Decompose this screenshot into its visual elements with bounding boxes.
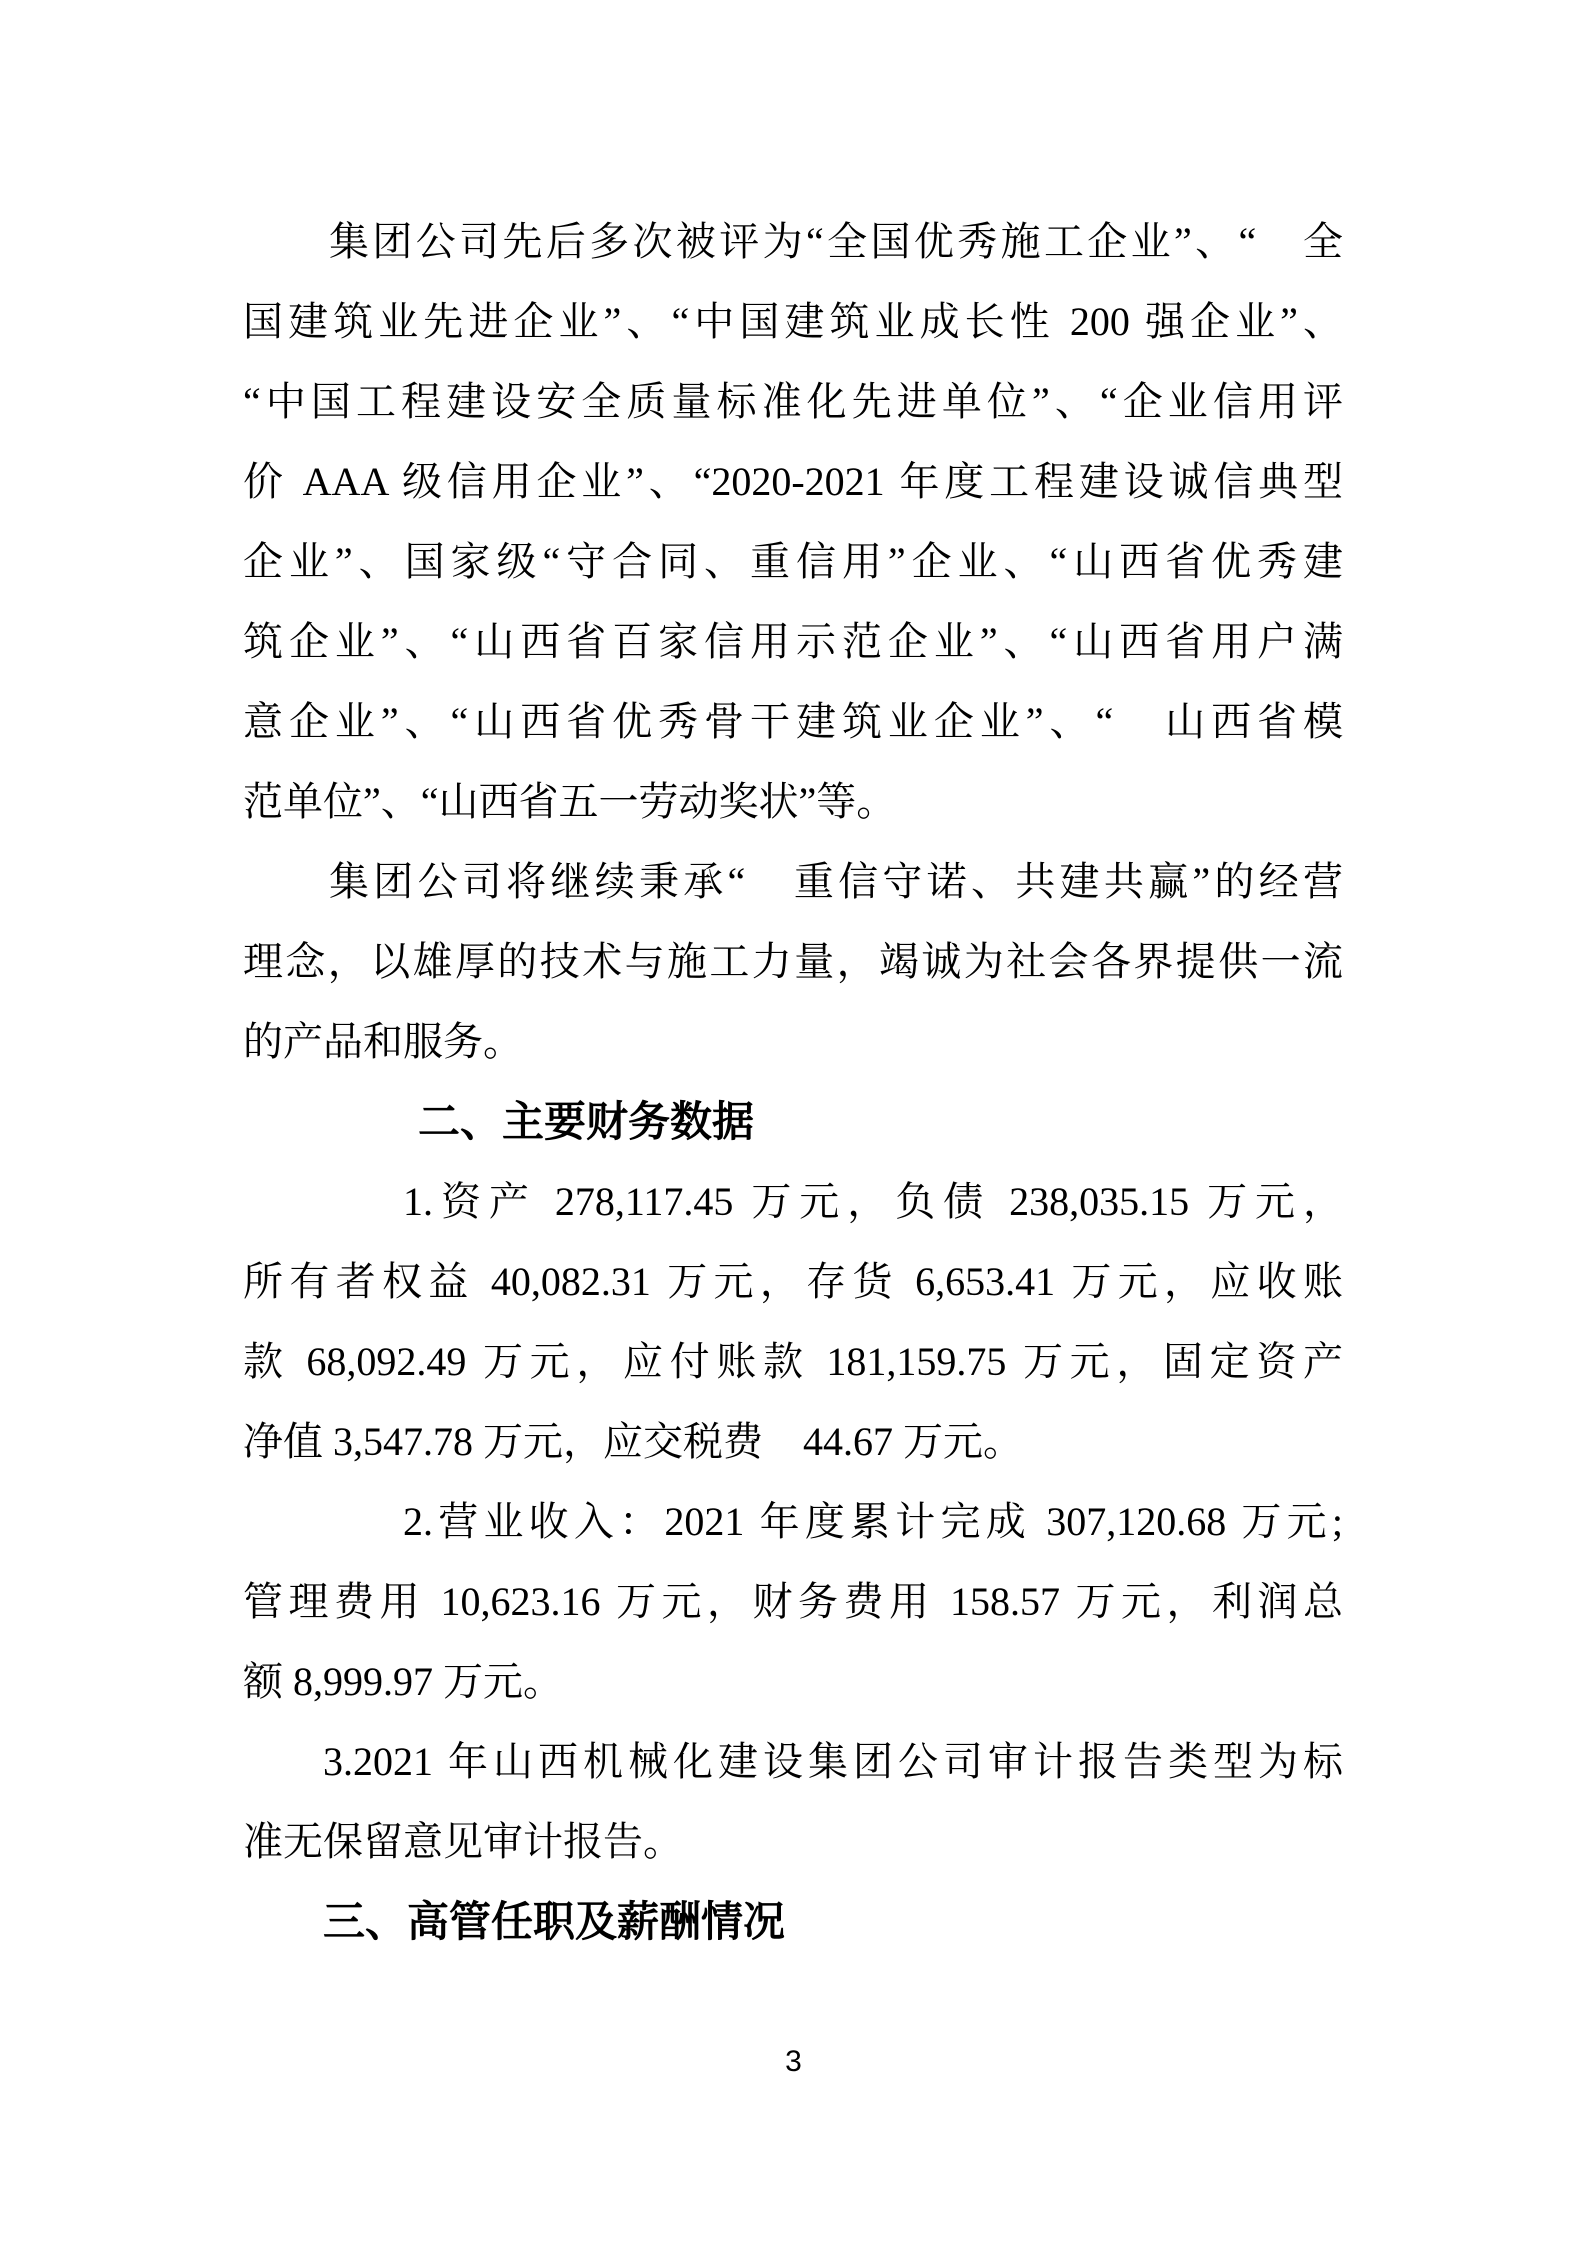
text-line: 理念，以雄厚的技术与施工力量，竭诚为社会各界提供一流 [243, 922, 1343, 1002]
text-line: 3.2021 年山西机械化建设集团公司审计报告类型为标 [243, 1722, 1343, 1802]
document-page: 集团公司先后多次被评为“全国优秀施工企业”、“ 全 国建筑业先进企业”、“中国建… [0, 0, 1587, 2245]
text-line: 集团公司将继续秉承“ 重信守诺、共建共赢”的经营 [243, 842, 1343, 922]
text-line: 1.资产 278,117.45 万元，负债 238,035.15 万元， [243, 1162, 1343, 1242]
text-line: 意企业”、“山西省优秀骨干建筑业企业”、“ 山西省模 [243, 682, 1343, 762]
text-line: 2.营业收入：2021 年度累计完成 307,120.68 万元; [243, 1482, 1343, 1562]
text-line: 筑企业”、“山西省百家信用示范企业”、“山西省用户满 [243, 602, 1343, 682]
text-line: “中国工程建设安全质量标准化先进单位”、“企业信用评 [243, 362, 1343, 442]
heading-financial-data: 二、主要财务数据 [243, 1082, 1343, 1162]
text-line: 准无保留意见审计报告。 [243, 1802, 1343, 1882]
text-line: 管理费用 10,623.16 万元，财务费用 158.57 万元，利润总 [243, 1562, 1343, 1642]
text-line: 款 68,092.49 万元，应付账款 181,159.75 万元，固定资产 [243, 1322, 1343, 1402]
text-line: 集团公司先后多次被评为“全国优秀施工企业”、“ 全 [243, 202, 1343, 282]
page-number: 3 [0, 2042, 1587, 2082]
text-line: 国建筑业先进企业”、“中国建筑业成长性 200 强企业”、 [243, 282, 1343, 362]
document-body: 集团公司先后多次被评为“全国优秀施工企业”、“ 全 国建筑业先进企业”、“中国建… [243, 202, 1343, 1962]
heading-executive-pay: 三、高管任职及薪酬情况 [243, 1882, 1343, 1962]
text-line: 额 8,999.97 万元。 [243, 1642, 1343, 1722]
text-line: 的产品和服务。 [243, 1002, 1343, 1082]
text-line: 所有者权益 40,082.31 万元，存货 6,653.41 万元，应收账 [243, 1242, 1343, 1322]
text-line: 价 AAA 级信用企业”、“2020-2021 年度工程建设诚信典型 [243, 442, 1343, 522]
text-line: 企业”、国家级“守合同、重信用”企业、“山西省优秀建 [243, 522, 1343, 602]
text-line: 范单位”、“山西省五一劳动奖状”等。 [243, 762, 1343, 842]
text-line: 净值 3,547.78 万元，应交税费 44.67 万元。 [243, 1402, 1343, 1482]
